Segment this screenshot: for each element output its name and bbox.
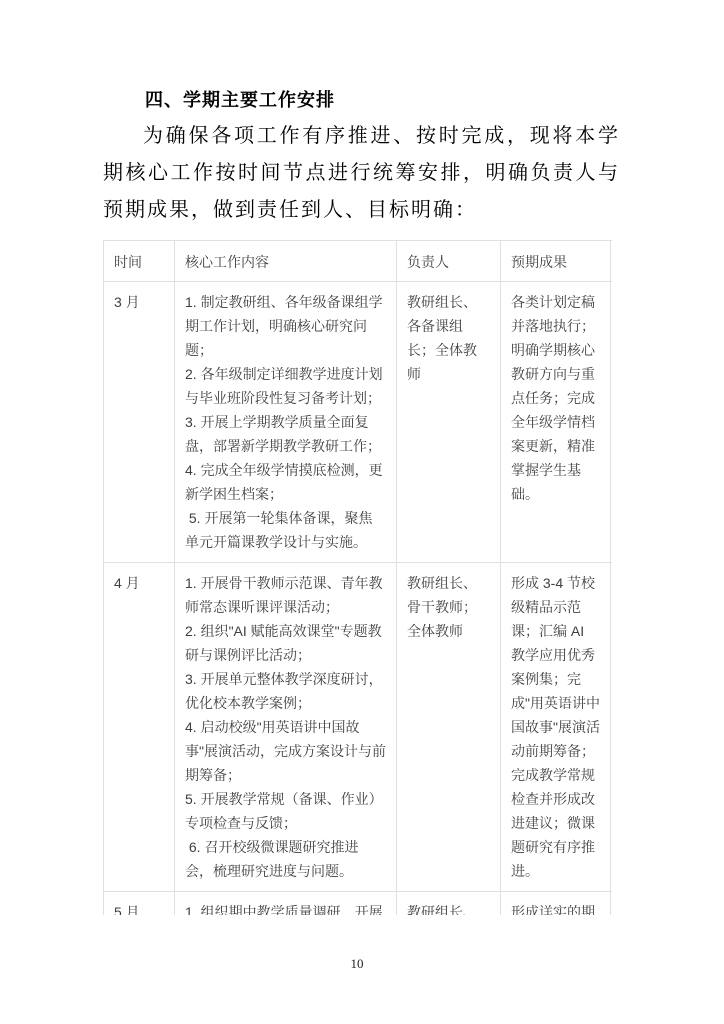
outcome-cell: 形成 3-4 节校级精品示范课；汇编 AI 教学应用优秀案例集；完成"用英语讲中… (501, 563, 611, 891)
owner-cell: 教研组长、骨干教师；全体教师 (397, 563, 501, 891)
outcome-cell: 各类计划定稿并落地执行；明确学期核心教研方向与重点任务；完成全年级学情档案更新，… (501, 282, 611, 562)
section-heading: 四、学期主要工作安排 (145, 86, 335, 112)
time-cell: 5 月 (104, 892, 175, 915)
time-cell: 3 月 (104, 282, 175, 562)
col-header-time: 时间 (104, 241, 175, 281)
content-cell: 1. 开展骨干教师示范课、青年教师常态课听课评课活动； 2. 组织"AI 赋能高… (175, 563, 397, 891)
col-header-outcome: 预期成果 (501, 241, 611, 281)
page-number: 10 (0, 956, 714, 972)
content-cell: 1. 组织期中教学质量调研，开展精细化归因分析并制定针对性改进方案； 2. 开展… (175, 892, 397, 915)
table-row-may: 5 月 1. 组织期中教学质量调研，开展精细化归因分析并制定针对性改进方案； 2… (104, 892, 612, 915)
work-schedule-table: 时间 核心工作内容 负责人 预期成果 3 月 1. 制定教研组、各年级备课组学期… (103, 240, 612, 915)
table-row-march: 3 月 1. 制定教研组、各年级备课组学期工作计划，明确核心研究问题； 2. 各… (104, 282, 612, 563)
owner-cell: 教研组长、各备课组长；全体教师 (397, 282, 501, 562)
col-header-content: 核心工作内容 (175, 241, 397, 281)
table-body: 时间 核心工作内容 负责人 预期成果 3 月 1. 制定教研组、各年级备课组学期… (103, 240, 612, 915)
outcome-cell: 形成详实的期中质量分析与改进报告；完成"青蓝工程"成 (501, 892, 611, 915)
intro-paragraph: 为确保各项工作有序推进、按时完成，现将本学期核心工作按时间节点进行统筹安排，明确… (103, 118, 620, 229)
time-cell: 4 月 (104, 563, 175, 891)
table-row-april: 4 月 1. 开展骨干教师示范课、青年教师常态课听课评课活动； 2. 组织"AI… (104, 563, 612, 892)
content-cell: 1. 制定教研组、各年级备课组学期工作计划，明确核心研究问题； 2. 各年级制定… (175, 282, 397, 562)
table-header-row: 时间 核心工作内容 负责人 预期成果 (104, 241, 612, 282)
document-page: 四、学期主要工作安排 为确保各项工作有序推进、按时完成，现将本学期核心工作按时间… (0, 0, 724, 1024)
col-header-owner: 负责人 (397, 241, 501, 281)
owner-cell: 教研组长、各备课组长；全体教师 (397, 892, 501, 915)
